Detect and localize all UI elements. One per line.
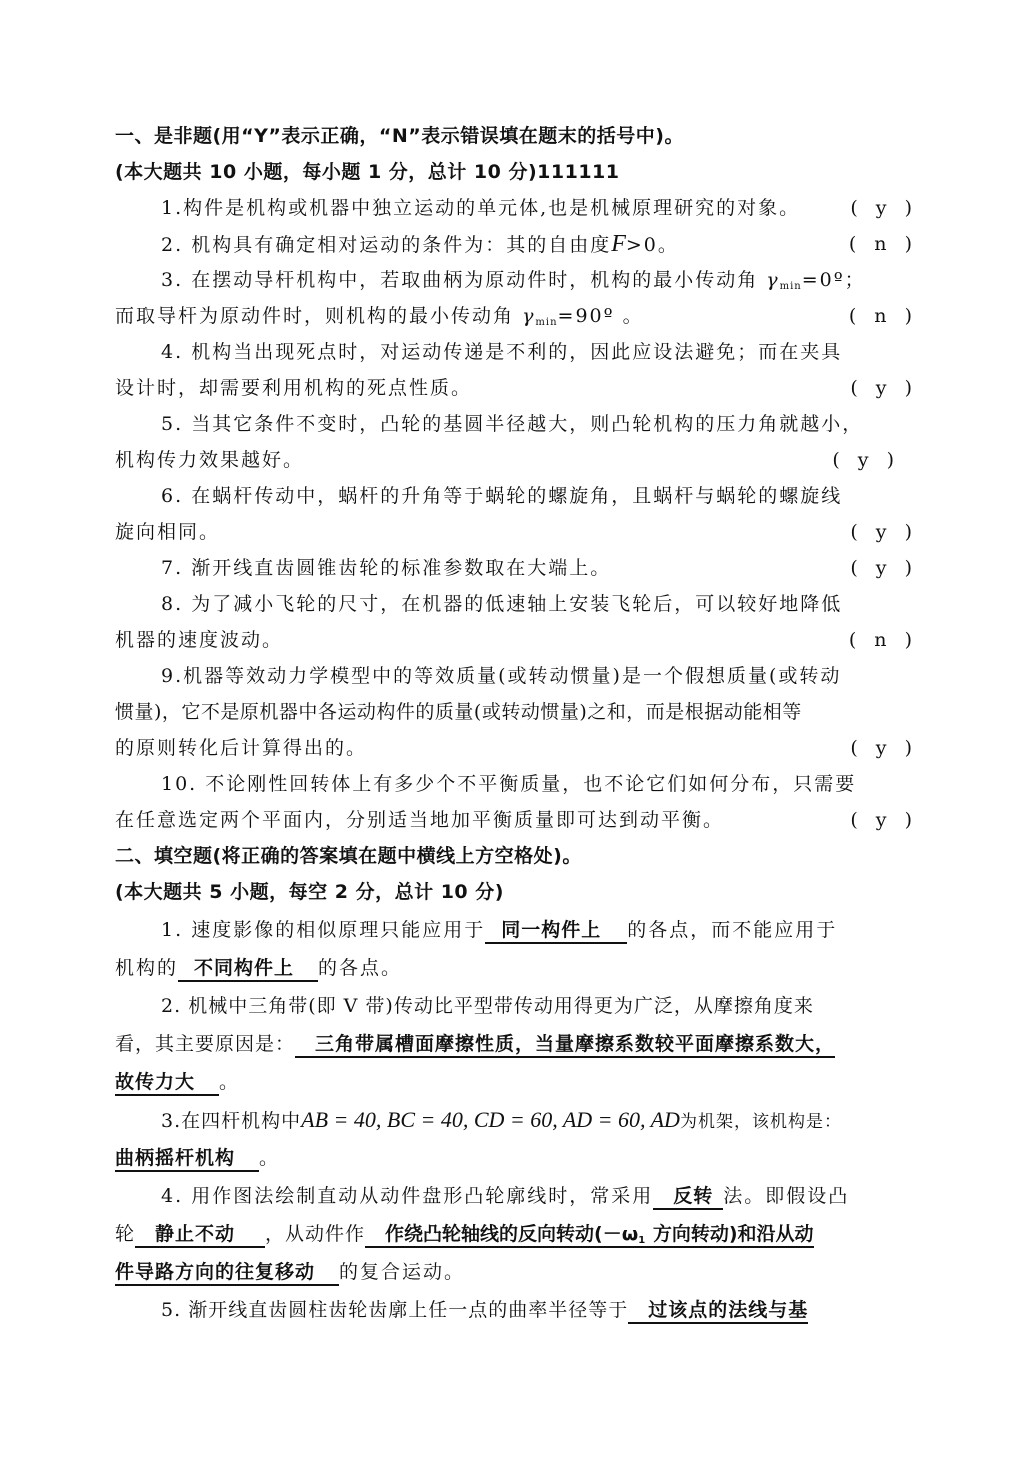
section2-title: 二、填空题(将正确的答案填在题中横线上方空格处)。 — [115, 838, 920, 874]
tf-question-8-cont: 机器的速度波动。 ( n ) — [115, 622, 920, 658]
tf-question-5-cont: 机构传力效果越好。 ( y ) — [115, 442, 920, 478]
tf-question-6: 6. 在蜗杆传动中，蜗杆的升角等于蜗轮的螺旋角，且蜗杆与蜗轮的螺旋线 — [115, 478, 920, 514]
fill-blank-answer: 曲柄摇杆机构 — [115, 1147, 259, 1172]
tf-question-7: 7. 渐开线直齿圆锥齿轮的标准参数取在大端上。 ( y ) — [115, 550, 920, 586]
fill-question-4: 4. 用作图法绘制直动从动件盘形凸轮廓线时，常采用反转法。即假设凸 — [115, 1178, 920, 1214]
fill-blank-answer: 静止不动 — [135, 1223, 265, 1248]
fill-blank-answer: 件导路方向的往复移动 — [115, 1261, 339, 1286]
fill-question-4-cont2: 件导路方向的往复移动的复合运动。 — [115, 1254, 920, 1290]
answer-6: ( y ) — [850, 514, 918, 550]
fill-question-2-cont: 看，其主要原因是：三角带属槽面摩擦性质，当量摩擦系数较平面摩擦系数大， — [115, 1026, 920, 1062]
section2-subtitle: (本大题共 5 小题，每空 2 分，总计 10 分) — [115, 874, 920, 910]
fill-question-1-cont: 机构的不同构件上的各点。 — [115, 950, 920, 986]
fill-question-5: 5. 渐开线直齿圆柱齿轮齿廓上任一点的曲率半径等于过该点的法线与基 — [115, 1292, 920, 1328]
answer-5: ( y ) — [832, 442, 900, 478]
math-F: F — [611, 231, 626, 257]
fill-question-3-cont: 曲柄摇杆机构。 — [115, 1140, 920, 1176]
tf-question-4-cont: 设计时，却需要利用机构的死点性质。 ( y ) — [115, 370, 920, 406]
fill-blank-answer: 故传力大 — [115, 1071, 219, 1096]
answer-9: ( y ) — [850, 730, 918, 766]
tf-question-3: 3. 在摆动导杆机构中，若取曲柄为原动件时，机构的最小传动角 γmin=0º； — [115, 262, 920, 298]
tf-question-4: 4. 机构当出现死点时，对运动传递是不利的，因此应设法避免；而在夹具 — [115, 334, 920, 370]
fill-question-4-cont: 轮静止不动，从动件作作绕凸轮轴线的反向转动(－ω1 方向转动)和沿从动 — [115, 1216, 920, 1252]
tf-question-9: 9.机器等效动力学模型中的等效质量(或转动惯量)是一个假想质量(或转动 — [115, 658, 920, 694]
answer-3: ( n ) — [849, 298, 918, 334]
fill-blank-answer: 反转 — [653, 1185, 723, 1210]
section1-subtitle: (本大题共 10 小题，每小题 1 分，总计 10 分)111111 — [115, 154, 920, 190]
tf-question-9-cont: 惯量)，它不是原机器中各运动构件的质量(或转动惯量)之和，而是根据动能相等 — [115, 694, 920, 730]
fill-blank-answer: 作绕凸轮轴线的反向转动(－ω1 方向转动)和沿从动 — [365, 1223, 813, 1248]
tf-question-1: 1.构件是机构或机器中独立运动的单元体,也是机械原理研究的对象。 ( y ) — [115, 190, 920, 226]
answer-2: ( n ) — [849, 226, 918, 262]
fill-blank-answer: 过该点的法线与基 — [628, 1299, 808, 1324]
answer-7: ( y ) — [850, 550, 918, 586]
fill-question-2: 2. 机械中三角带(即 V 带)传动比平型带传动用得更为广泛，从摩擦角度来 — [115, 988, 920, 1024]
answer-1: ( y ) — [850, 190, 918, 226]
tf-question-3-cont: 而取导杆为原动件时，则机构的最小传动角 γmin=90º 。 ( n ) — [115, 298, 920, 334]
answer-8: ( n ) — [849, 622, 918, 658]
tf-question-8: 8. 为了减小飞轮的尺寸，在机器的低速轴上安装飞轮后，可以较好地降低 — [115, 586, 920, 622]
tf-question-10: 10. 不论刚性回转体上有多少个不平衡质量，也不论它们如何分布，只需要 — [115, 766, 920, 802]
answer-4: ( y ) — [850, 370, 918, 406]
section1-title: 一、是非题(用“Y”表示正确，“N”表示错误填在题末的括号中)。 — [115, 118, 920, 154]
fill-blank-answer: 不同构件上 — [178, 957, 318, 982]
fill-question-1: 1. 速度影像的相似原理只能应用于同一构件上的各点，而不能应用于 — [115, 912, 920, 948]
tf-question-9-cont2: 的原则转化后计算得出的。 ( y ) — [115, 730, 920, 766]
fill-blank-answer: 同一构件上 — [485, 919, 627, 944]
fill-blank-answer: 三角带属槽面摩擦性质，当量摩擦系数较平面摩擦系数大， — [295, 1033, 835, 1058]
tf-question-5: 5. 当其它条件不变时，凸轮的基圆半径越大，则凸轮机构的压力角就越小， — [115, 406, 920, 442]
answer-10: ( y ) — [850, 802, 918, 838]
tf-question-2: 2. 机构具有确定相对运动的条件为：其的自由度F>0。 ( n ) — [115, 226, 920, 262]
tf-question-6-cont: 旋向相同。 ( y ) — [115, 514, 920, 550]
fill-question-3: 3.在四杆机构中AB = 40, BC = 40, CD = 60, AD = … — [115, 1102, 920, 1138]
tf-question-10-cont: 在任意选定两个平面内，分别适当地加平衡质量即可达到动平衡。 ( y ) — [115, 802, 920, 838]
formula-four-bar: AB = 40, BC = 40, CD = 60, AD = 60, AD — [301, 1107, 680, 1132]
fill-question-2-cont2: 故传力大。 — [115, 1064, 920, 1100]
